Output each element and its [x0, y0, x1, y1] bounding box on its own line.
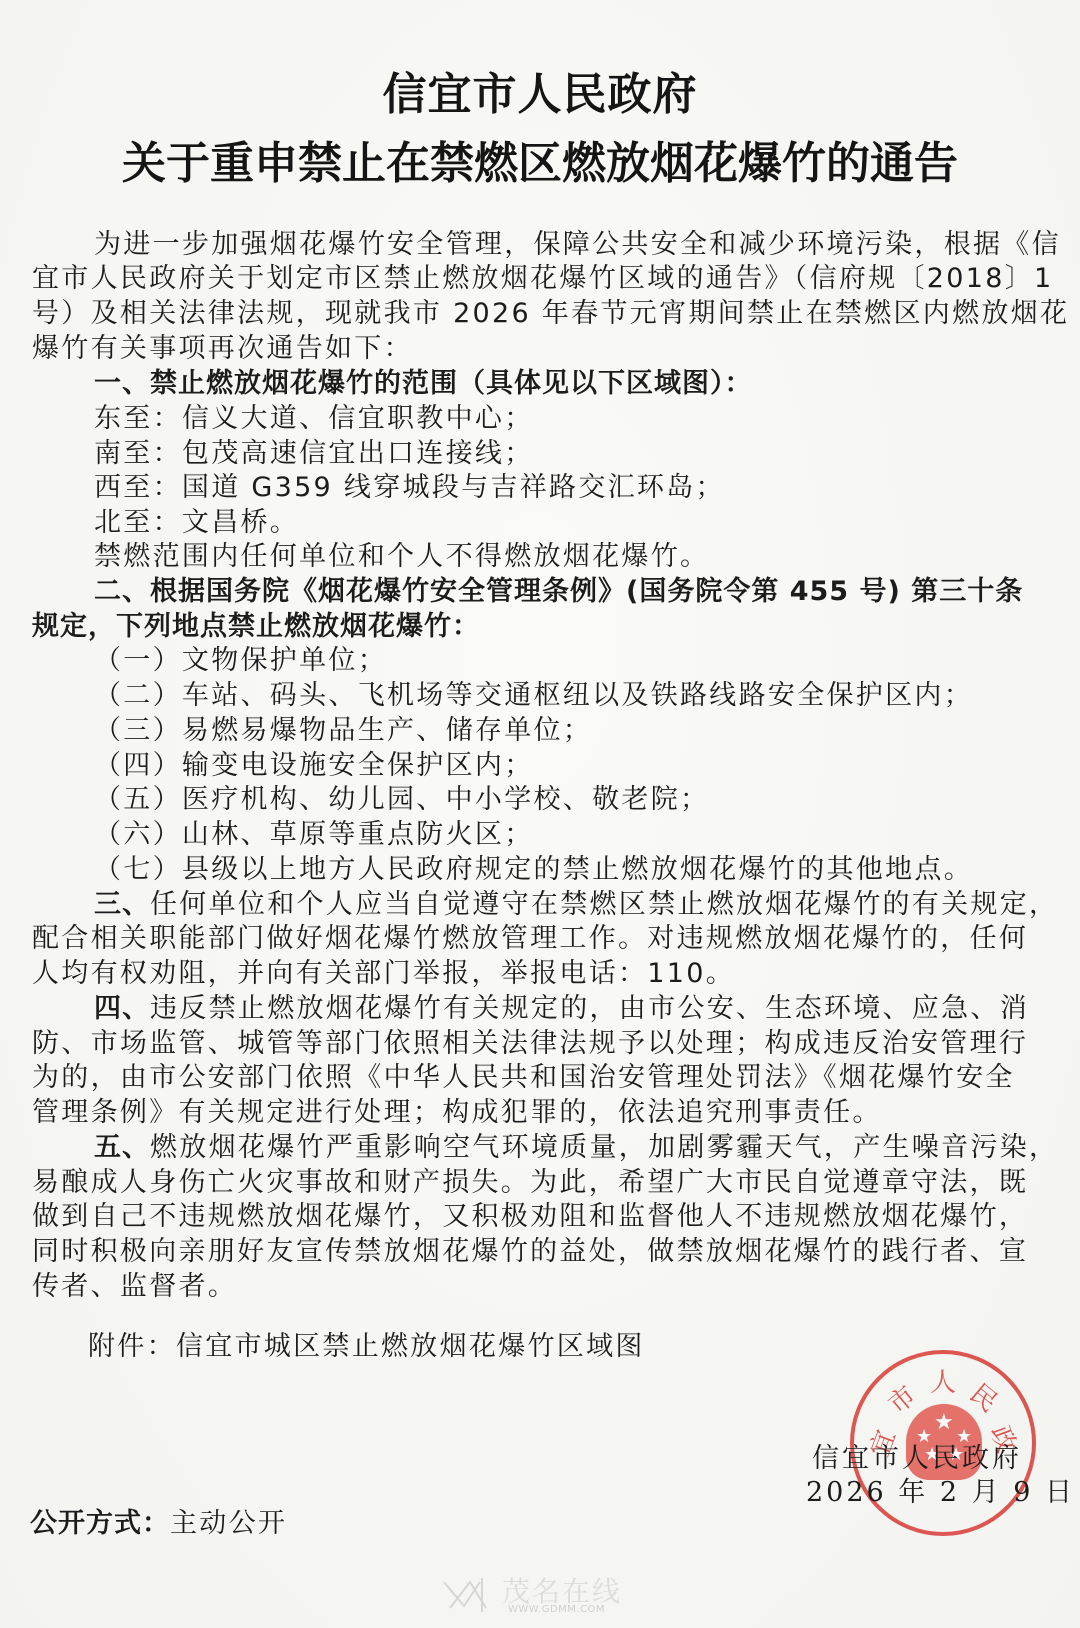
section4-line-3: 为的，由市公安部门依照《中华人民共和国治安管理处罚法》《烟花爆竹安全 [32, 1061, 1052, 1095]
section4-label: 四、 [94, 993, 150, 1024]
section3-line-1: 三、任何单位和个人应当自觉遵守在禁燃区禁止燃放烟花爆竹的有关规定， [94, 888, 1080, 922]
section1-note: 禁燃范围内任何单位和个人不得燃放烟花爆竹。 [94, 540, 1080, 574]
site-watermark: 茂名在线 WWW.GDMM.COM [440, 1572, 640, 1622]
section1-heading: 一、禁止燃放烟花爆竹的范围（具体见以下区域图）： [94, 367, 1080, 401]
section4-line-1: 四、违反禁止燃放烟花爆竹有关规定的，由市公安、生态环境、应急、消 [94, 992, 1080, 1026]
section5-label: 五、 [94, 1132, 150, 1163]
section2-item-4: （四）输变电设施安全保护区内； [94, 749, 1080, 783]
section5-line-2: 易酿成人身伤亡火灾事故和财产损失。为此，希望广大市民自觉遵章守法，既 [32, 1166, 1052, 1200]
section2-heading-line2: 规定，下列地点禁止燃放烟花爆竹： [32, 610, 1052, 644]
section2-heading-line1: 二、根据国务院《烟花爆竹安全管理条例》(国务院令第 455 号) 第三十条 [94, 575, 1080, 609]
section4-line-4: 管理条例》有关规定进行处理；构成犯罪的，依法追究刑事责任。 [32, 1096, 1052, 1130]
section2-item-6: （六）山林、草原等重点防火区； [94, 818, 1080, 852]
section4-text: 违反禁止燃放烟花爆竹有关规定的，由市公安、生态环境、应急、消 [150, 993, 1029, 1024]
disclosure-value: 主动公开 [170, 1508, 287, 1539]
section5-line-1: 五、燃放烟花爆竹严重影响空气环境质量，加剧雾霾天气，产生噪音污染， [94, 1131, 1080, 1165]
intro-line-2: 宜市人民政府关于划定市区禁止燃放烟花爆竹区域的通告》（信府规〔2018〕1 [32, 262, 1052, 296]
document-title-subject: 关于重申禁止在禁燃区燃放烟花爆竹的通告 [0, 127, 1080, 191]
section2-item-5: （五）医疗机构、幼儿园、中小学校、敬老院； [94, 783, 1080, 817]
intro-line-4: 爆竹有关事项再次通告如下： [32, 332, 1052, 366]
section3-line-3: 人均有权劝阻，并向有关部门举报，举报电话：110。 [32, 957, 1052, 991]
disclosure-line: 公开方式：主动公开 [30, 1507, 1050, 1541]
seal-char: 人 [930, 1362, 956, 1399]
document-title-issuer: 信宜市人民政府 [0, 58, 1080, 122]
section5-line-4: 同时积极向亲朋好友宣传禁放烟花爆竹的益处，做禁放烟花爆竹的践行者、宣 [32, 1235, 1052, 1269]
boundary-east: 东至：信义大道、信宜职教中心； [94, 402, 1080, 436]
issue-date: 2026 年 2 月 9 日 [806, 1470, 1075, 1509]
watermark-logo-icon [440, 1574, 496, 1614]
section5-line-5: 传者、监督者。 [32, 1270, 1052, 1304]
section5-line-3: 做到自己不违规燃放烟花爆竹，又积极劝阻和监督他人不违规燃放烟花爆竹， [32, 1200, 1052, 1234]
boundary-north: 北至：文昌桥。 [94, 506, 1080, 540]
section2-item-1: （一）文物保护单位； [94, 644, 1080, 678]
section4-line-2: 防、市场监管、城管等部门依照相关法律法规予以处理；构成违反治安管理行 [32, 1027, 1052, 1061]
section2-item-3: （三）易燃易爆物品生产、储存单位； [94, 714, 1080, 748]
section3-label: 三、 [94, 889, 150, 920]
section2-item-7: （七）县级以上地方人民政府规定的禁止燃放烟花爆竹的其他地点。 [94, 853, 1080, 887]
section2-item-2: （二）车站、码头、飞机场等交通枢纽以及铁路线路安全保护区内； [94, 679, 1080, 713]
watermark-url: WWW.GDMM.COM [508, 1604, 605, 1615]
document-page: 信宜市人民政府 关于重申禁止在禁燃区燃放烟花爆竹的通告 为进一步加强烟花爆竹安全… [0, 0, 1080, 1628]
boundary-south: 南至：包茂高速信宜出口连接线； [94, 437, 1080, 471]
section5-text: 燃放烟花爆竹严重影响空气环境质量，加剧雾霾天气，产生噪音污染， [150, 1132, 1058, 1163]
section3-line-2: 配合相关职能部门做好烟花爆竹燃放管理工作。对违规燃放烟花爆竹的，任何 [32, 922, 1052, 956]
intro-line-1: 为进一步加强烟花爆竹安全管理，保障公共安全和减少环境污染，根据《信 [94, 228, 1080, 262]
section3-text: 任何单位和个人应当自觉遵守在禁燃区禁止燃放烟花爆竹的有关规定， [150, 889, 1058, 920]
intro-line-3: 号）及相关法律法规，现就我市 2026 年春节元宵期间禁止在禁燃区内燃放烟花 [32, 297, 1052, 331]
boundary-west: 西至：国道 G359 线穿城段与吉祥路交汇环岛； [94, 471, 1080, 505]
seal-char: 民 [963, 1374, 1007, 1419]
disclosure-label: 公开方式： [30, 1508, 170, 1539]
